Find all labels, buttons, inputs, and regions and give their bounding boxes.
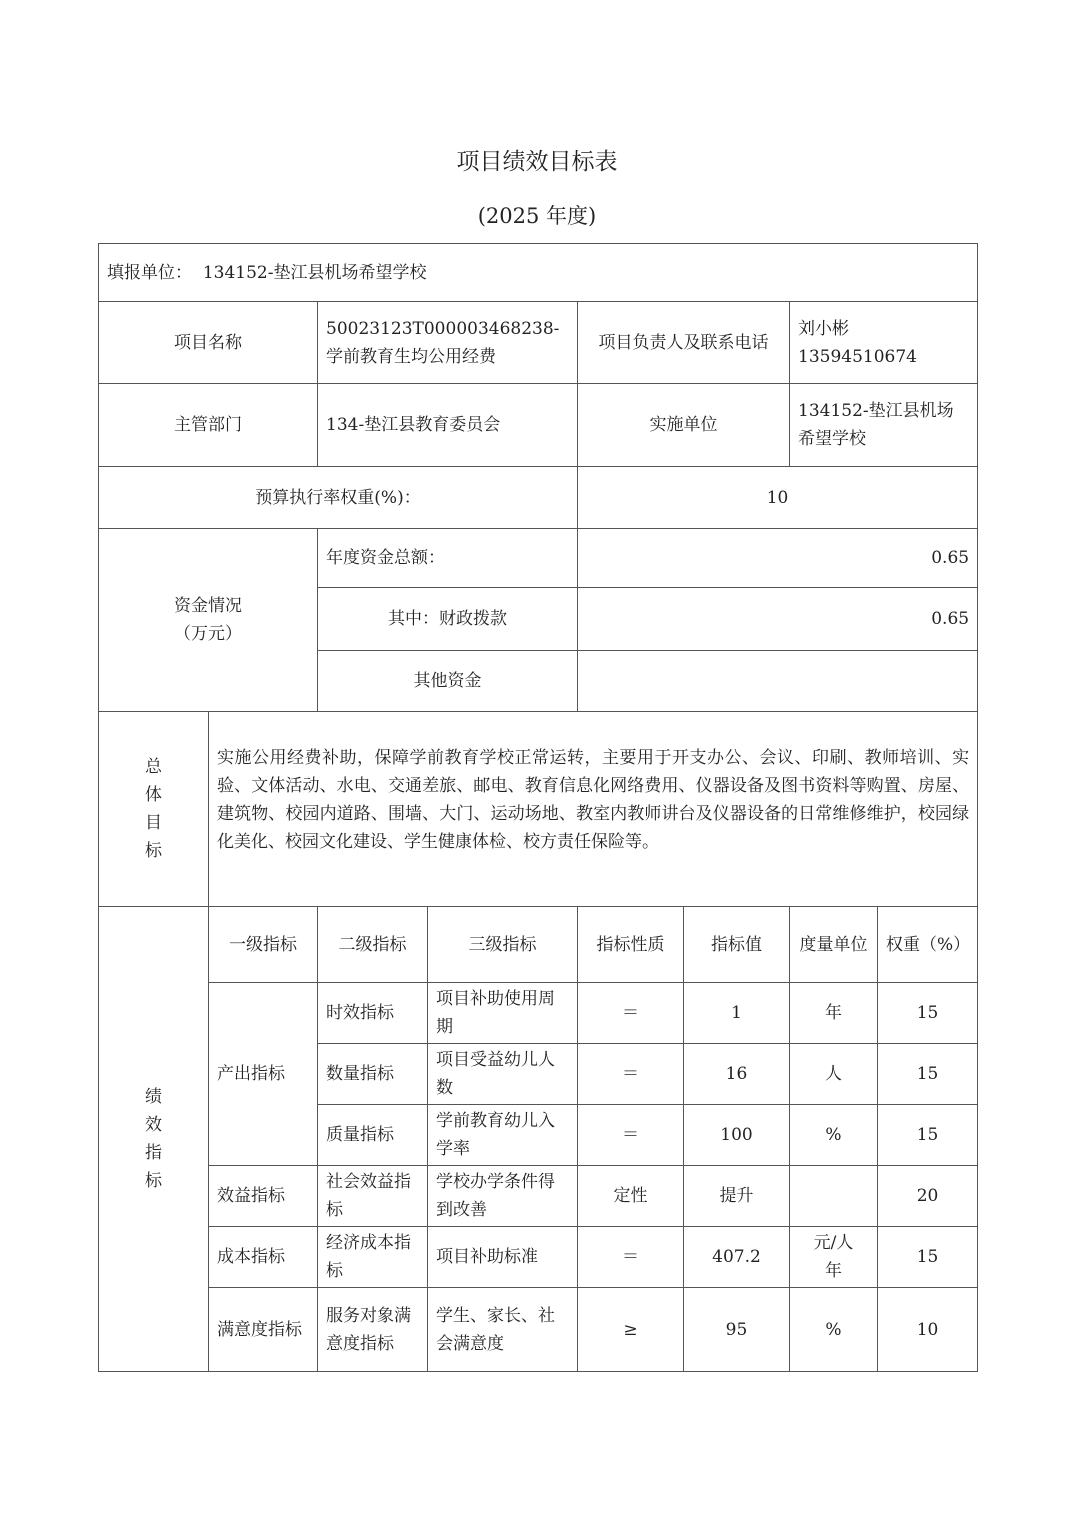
funds-label: 资金情况 （万元） — [99, 529, 318, 712]
department-label: 主管部门 — [99, 384, 318, 467]
report-unit-value: 134152-垫江县机场希望学校 — [203, 263, 427, 283]
report-unit-row: 填报单位： 134152-垫江县机场希望学校 — [99, 244, 978, 302]
row-l1: 效益指标 — [209, 1166, 318, 1227]
indicators-label: 绩效指标 — [99, 907, 209, 1372]
row-nature: ≥ — [578, 1288, 684, 1372]
budget-weight-value: 10 — [578, 467, 978, 529]
funds-total-value: 0.65 — [578, 529, 978, 588]
row-l3: 学生、家长、社会满意度 — [428, 1288, 578, 1372]
header-l2: 二级指标 — [318, 907, 428, 983]
table-row: 满意度指标 服务对象满意度指标 学生、家长、社会满意度 ≥ 95 % 10 — [99, 1288, 978, 1372]
row-value: 100 — [684, 1105, 790, 1166]
row-l3: 学校办学条件得到改善 — [428, 1166, 578, 1227]
row-nature: ＝ — [578, 1044, 684, 1105]
row-l2: 时效指标 — [318, 983, 428, 1044]
funds-other-label: 其他资金 — [318, 651, 578, 712]
row-l3: 学前教育幼儿入学率 — [428, 1105, 578, 1166]
goal-label: 总体目标 — [99, 712, 209, 907]
project-name-value: 50023123T000003468238-学前教育生均公用经费 — [318, 302, 578, 384]
row-l3: 项目补助使用周期 — [428, 983, 578, 1044]
funds-fiscal-value: 0.65 — [578, 588, 978, 651]
contact-label: 项目负责人及联系电话 — [578, 302, 790, 384]
row-weight: 20 — [878, 1166, 978, 1227]
page-subtitle: (2025 年度) — [0, 200, 1074, 230]
row-nature: ＝ — [578, 1227, 684, 1288]
budget-weight-label: 预算执行率权重(%)： — [99, 467, 578, 529]
funds-other-value — [578, 651, 978, 712]
row-l2: 经济成本指标 — [318, 1227, 428, 1288]
header-unit: 度量单位 — [790, 907, 878, 983]
contact-name: 刘小彬 — [798, 315, 969, 343]
row-value: 95 — [684, 1288, 790, 1372]
row-unit: 元/人年 — [790, 1227, 878, 1288]
row-weight: 15 — [878, 983, 978, 1044]
contact-phone: 13594510674 — [798, 343, 969, 371]
row-l1: 满意度指标 — [209, 1288, 318, 1372]
row-unit — [790, 1166, 878, 1227]
funds-unit: （万元） — [107, 620, 309, 648]
funds-fiscal-label: 其中：财政拨款 — [318, 588, 578, 651]
row-unit: % — [790, 1288, 878, 1372]
table-row: 成本指标 经济成本指标 项目补助标准 ＝ 407.2 元/人年 15 — [99, 1227, 978, 1288]
page-title: 项目绩效目标表 — [0, 143, 1074, 176]
row-l1: 产出指标 — [209, 983, 318, 1166]
header-weight: 权重（%） — [878, 907, 978, 983]
row-unit: 人 — [790, 1044, 878, 1105]
row-weight: 15 — [878, 1044, 978, 1105]
row-weight: 15 — [878, 1105, 978, 1166]
row-unit: % — [790, 1105, 878, 1166]
row-nature: ＝ — [578, 983, 684, 1044]
row-l3: 项目受益幼儿人数 — [428, 1044, 578, 1105]
row-l1: 成本指标 — [209, 1227, 318, 1288]
row-value: 提升 — [684, 1166, 790, 1227]
performance-table: 填报单位： 134152-垫江县机场希望学校 项目名称 50023123T000… — [98, 243, 978, 1372]
row-nature: ＝ — [578, 1105, 684, 1166]
row-value: 16 — [684, 1044, 790, 1105]
header-l1: 一级指标 — [209, 907, 318, 983]
project-name-label: 项目名称 — [99, 302, 318, 384]
header-l3: 三级指标 — [428, 907, 578, 983]
table-row: 效益指标 社会效益指标 学校办学条件得到改善 定性 提升 20 — [99, 1166, 978, 1227]
row-weight: 15 — [878, 1227, 978, 1288]
impl-unit-value: 134152-垫江县机场希望学校 — [790, 384, 978, 467]
table-row: 产出指标 时效指标 项目补助使用周期 ＝ 1 年 15 — [99, 983, 978, 1044]
row-value: 407.2 — [684, 1227, 790, 1288]
row-l2: 质量指标 — [318, 1105, 428, 1166]
row-l2: 数量指标 — [318, 1044, 428, 1105]
impl-unit-label: 实施单位 — [578, 384, 790, 467]
department-value: 134-垫江县教育委员会 — [318, 384, 578, 467]
row-unit: 年 — [790, 983, 878, 1044]
contact-value: 刘小彬 13594510674 — [790, 302, 978, 384]
funds-total-label: 年度资金总额： — [318, 529, 578, 588]
row-value: 1 — [684, 983, 790, 1044]
goal-text: 实施公用经费补助，保障学前教育学校正常运转，主要用于开支办公、会议、印刷、教师培… — [209, 712, 978, 907]
header-nature: 指标性质 — [578, 907, 684, 983]
row-l2: 社会效益指标 — [318, 1166, 428, 1227]
funds-title: 资金情况 — [107, 592, 309, 620]
header-value: 指标值 — [684, 907, 790, 983]
row-weight: 10 — [878, 1288, 978, 1372]
row-l2: 服务对象满意度指标 — [318, 1288, 428, 1372]
report-unit-label: 填报单位： — [107, 263, 192, 283]
row-nature: 定性 — [578, 1166, 684, 1227]
row-l3: 项目补助标准 — [428, 1227, 578, 1288]
